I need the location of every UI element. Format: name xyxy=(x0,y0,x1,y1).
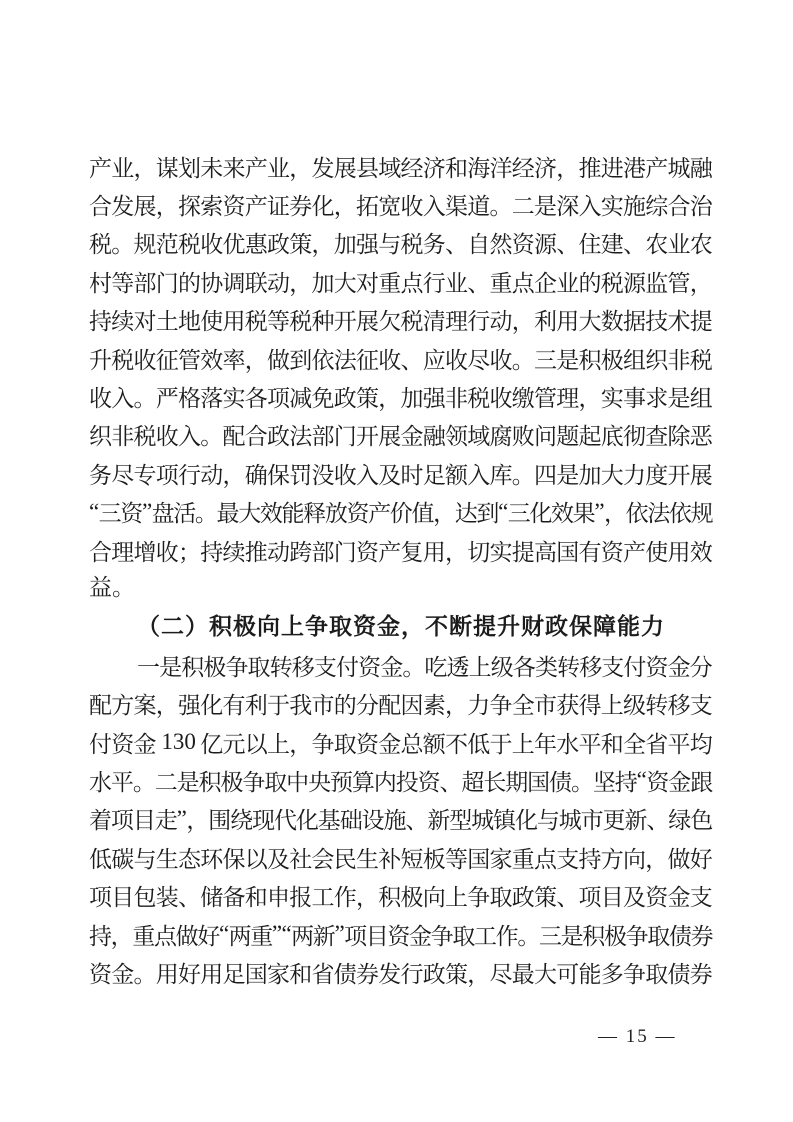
body-line: 升税收征管效率，做到依法征收、应收尽收。三是积极组织非税 xyxy=(89,339,712,377)
body-line: 税。规范税收优惠政策，加强与税务、自然资源、住建、农业农 xyxy=(89,224,712,262)
body-line: 付资金 130 亿元以上，争取资金总额不低于上年水平和全省平均 xyxy=(89,723,712,761)
body-line: 一是积极争取转移支付资金。吃透上级各类转移支付资金分 xyxy=(89,646,712,684)
page-number: — 15 — xyxy=(598,1026,677,1048)
body-line: 合发展，探索资产证券化，拓宽收入渠道。二是深入实施综合治 xyxy=(89,185,712,223)
body-line: 水平。二是积极争取中央预算内投资、超长期国债。坚持“资金跟 xyxy=(89,761,712,799)
body-line: 资金。用好用足国家和省债券发行政策，尽最大可能多争取债券 xyxy=(89,953,712,991)
document-page: 产业，谋划未来产业，发展县域经济和海洋经济，推进港产城融 合发展，探索资产证券化… xyxy=(0,0,793,1122)
document-body: 产业，谋划未来产业，发展县域经济和海洋经济，推进港产城融 合发展，探索资产证券化… xyxy=(89,147,712,992)
body-line: 务尽专项行动，确保罚没收入及时足额入库。四是加大力度开展 xyxy=(89,454,712,492)
body-line: 低碳与生态环保以及社会民生补短板等国家重点支持方向，做好 xyxy=(89,838,712,876)
body-line: 持，重点做好“两重”“两新”项目资金争取工作。三是积极争取债券 xyxy=(89,915,712,953)
body-line: 村等部门的协调联动，加大对重点行业、重点企业的税源监管， xyxy=(89,262,712,300)
body-line: 配方案，强化有利于我市的分配因素，力争全市获得上级转移支 xyxy=(89,684,712,722)
body-line: 持续对土地使用税等税种开展欠税清理行动，利用大数据技术提 xyxy=(89,301,712,339)
body-line: “三资”盘活。最大效能释放资产价值，达到“三化效果”，依法依规 xyxy=(89,493,712,531)
body-line: 益。 xyxy=(89,569,712,607)
body-line: 着项目走”，围绕现代化基础设施、新型城镇化与城市更新、绿色 xyxy=(89,800,712,838)
body-line: 织非税收入。配合政法部门开展金融领域腐败问题起底彻查除恶 xyxy=(89,416,712,454)
body-line: 产业，谋划未来产业，发展县域经济和海洋经济，推进港产城融 xyxy=(89,147,712,185)
body-line: 收入。严格落实各项减免政策，加强非税收缴管理，实事求是组 xyxy=(89,377,712,415)
section-heading: （二）积极向上争取资金，不断提升财政保障能力 xyxy=(89,608,712,646)
body-line: 合理增收；持续推动跨部门资产复用，切实提高国有资产使用效 xyxy=(89,531,712,569)
body-line: 项目包装、储备和申报工作，积极向上争取政策、项目及资金支 xyxy=(89,876,712,914)
